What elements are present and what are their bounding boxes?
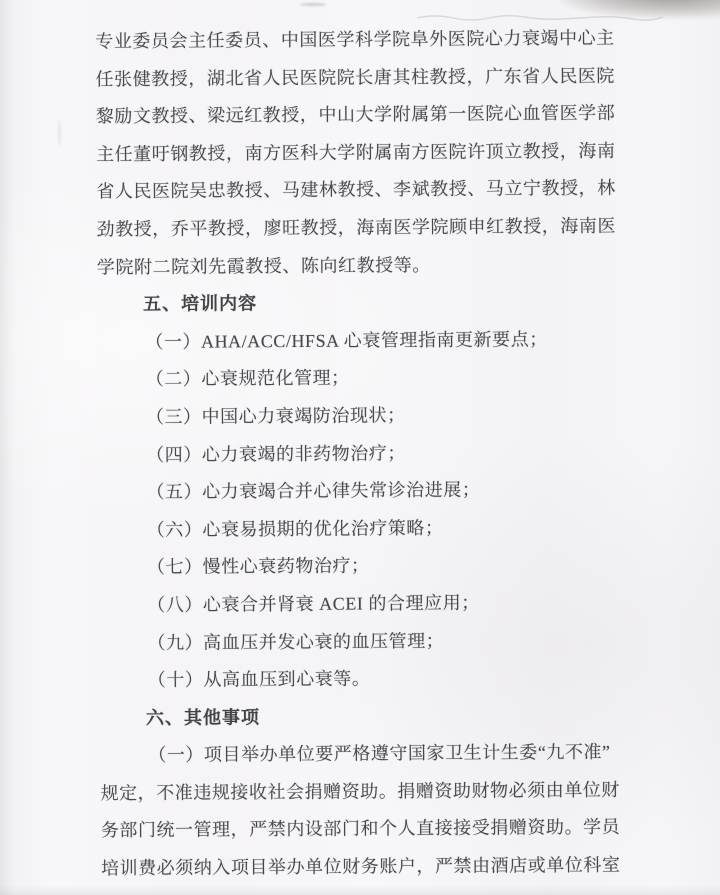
intro-paragraph-line: 劲教授，乔平教授，廖旺教授，海南医学院顾申红教授，海南医 [96, 207, 720, 249]
training-content-item: （二）心衰规范化管理； [98, 357, 720, 399]
intro-paragraph-line: 黎励文教授、梁远红教授，中山大学附属第一医院心血管医学部 [96, 94, 720, 136]
training-content-item: （一）AHA/ACC/HFSA 心衰管理指南更新要点； [97, 320, 720, 362]
other-matters-paragraph-line: 规定，不准违规接收社会捐赠资助。捐赠资助财物必须由单位财 [100, 771, 720, 813]
intro-paragraph-line: 主任董吁钢教授，南方医科大学附属南方医院许顶立教授，海南 [96, 132, 720, 174]
section6-heading: 六、其他事项 [100, 696, 720, 738]
training-content-item: （十）从高血压到心衰等。 [100, 658, 720, 700]
other-matters-paragraph-line: 务部门统一管理，严禁内设部门和个人直接接受捐赠资助。学员 [101, 808, 720, 850]
other-matters-paragraph-line: 培训费必须纳入项目举办单位财务账户，严禁由酒店或单位科室 [101, 846, 720, 888]
section5-heading: 五、培训内容 [97, 282, 720, 324]
training-content-item: （六）心衰易损期的优化治疗策略； [99, 508, 720, 550]
document-text: 专业委员会主任委员、中国医学科学院阜外医院心力衰竭中心主 任张健教授，湖北省人民… [0, 0, 720, 889]
intro-paragraph-line: 学院附二院刘先霞教授、陈向红教授等。 [97, 245, 720, 287]
training-content-item: （九）高血压并发心衰的血压管理； [99, 620, 720, 662]
scanned-document-page: 专业委员会主任委员、中国医学科学院阜外医院心力衰竭中心主 任张健教授，湖北省人民… [0, 0, 720, 895]
training-content-item: （五）心力衰竭合并心律失常诊治进展； [98, 470, 720, 512]
intro-paragraph-line: 专业委员会主任委员、中国医学科学院阜外医院心力衰竭中心主 [95, 19, 720, 61]
other-matters-paragraph-line: （一）项目举办单位要严格遵守国家卫生计生委“九不准” [100, 733, 720, 775]
training-content-item: （四）心力衰竭的非药物治疗； [98, 432, 720, 474]
intro-paragraph-line: 省人民医院吴忠教授、马建林教授、李斌教授、马立宁教授，林 [96, 169, 720, 211]
training-content-item: （七）慢性心衰药物治疗； [99, 545, 720, 587]
intro-paragraph-line: 任张健教授，湖北省人民医院院长唐其柱教授，广东省人民医院 [95, 57, 720, 99]
training-content-item: （三）中国心力衰竭防治现状； [98, 395, 720, 437]
training-content-item: （八）心衰合并肾衰 ACEI 的合理应用； [99, 583, 720, 625]
